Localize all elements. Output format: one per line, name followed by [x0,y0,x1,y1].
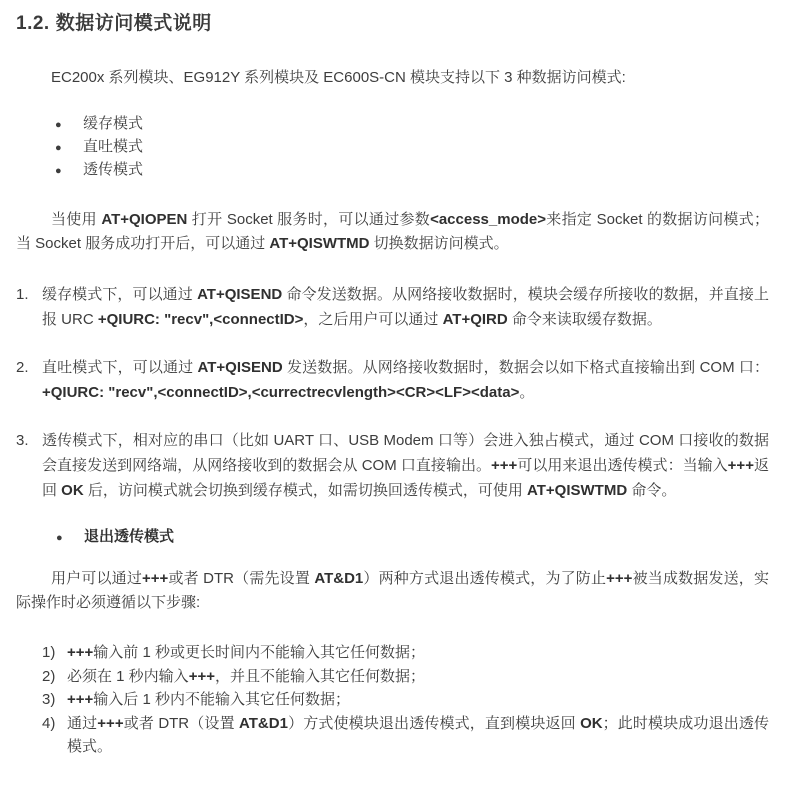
step-text: 通过+++或者 DTR（设置 AT&D1）方式使模块退出透传模式，直到模块返回 … [67,712,769,759]
step-text: +++输入后 1 秒内不能输入其它任何数据； [67,688,769,712]
numbered-item-buffer: 1. 缓存模式下，可以通过 AT+QISEND 命令发送数据。从网络接收数据时，… [16,282,769,332]
intro-paragraph: EC200x 系列模块、EG912Y 系列模块及 EC600S-CN 模块支持以… [16,66,769,90]
item-text: 缓存模式下，可以通过 AT+QISEND 命令发送数据。从网络接收数据时，模块会… [42,282,769,332]
bullet-dot-icon: ● [56,532,84,544]
list-item-buffer-mode: ●缓存模式 [55,113,769,136]
numbered-item-direct-push: 2. 直吐模式下，可以通过 AT+QISEND 发送数据。从网络接收数据时，数据… [16,355,769,405]
exit-heading-label: 退出透传模式 [84,525,174,546]
item-text: 透传模式下，相对应的串口（比如 UART 口、USB Modem 口等）会进入独… [42,428,769,503]
item-number: 3. [16,428,42,503]
exit-paragraph: 用户可以通过+++或者 DTR（需先设置 AT&D1）两种方式退出透传模式，为了… [16,567,769,615]
bullet-dot-icon: ● [55,137,83,159]
document-page: 1.2.数据访问模式说明 EC200x 系列模块、EG912Y 系列模块及 EC… [0,0,787,788]
bullet-dot-icon: ● [55,160,83,182]
list-item-label: 缓存模式 [83,113,143,135]
section-number: 1.2. [16,13,50,34]
bullet-dot-icon: ● [55,114,83,136]
list-item-transparent-mode: ●透传模式 [55,159,769,182]
step-text: +++输入前 1 秒或更长时间内不能输入其它任何数据； [67,641,769,665]
numbered-item-transparent: 3. 透传模式下，相对应的串口（比如 UART 口、USB Modem 口等）会… [16,428,769,503]
mode-description-list: 1. 缓存模式下，可以通过 AT+QISEND 命令发送数据。从网络接收数据时，… [16,282,769,503]
qiopen-paragraph: 当使用 AT+QIOPEN 打开 Socket 服务时，可以通过参数<acces… [16,208,769,256]
item-number: 2. [16,355,42,405]
step-number: 3) [42,688,67,712]
step-text: 必须在 1 秒内输入+++，并且不能输入其它任何数据； [67,665,769,689]
step-item-1: 1) +++输入前 1 秒或更长时间内不能输入其它任何数据； [42,641,769,665]
step-number: 2) [42,665,67,689]
step-item-2: 2) 必须在 1 秒内输入+++，并且不能输入其它任何数据； [42,665,769,689]
list-item-direct-push-mode: ●直吐模式 [55,136,769,159]
item-number: 1. [16,282,42,332]
exit-steps-list: 1) +++输入前 1 秒或更长时间内不能输入其它任何数据； 2) 必须在 1 … [42,641,769,759]
list-item-label: 透传模式 [83,159,143,181]
step-number: 4) [42,712,67,759]
list-item-label: 直吐模式 [83,136,143,158]
item-text: 直吐模式下，可以通过 AT+QISEND 发送数据。从网络接收数据时，数据会以如… [42,355,769,405]
section-title: 数据访问模式说明 [56,13,212,34]
mode-list: ●缓存模式 ●直吐模式 ●透传模式 [16,113,769,182]
step-item-4: 4) 通过+++或者 DTR（设置 AT&D1）方式使模块退出透传模式，直到模块… [42,712,769,759]
section-heading: 1.2.数据访问模式说明 [16,8,769,35]
exit-transparent-mode-heading: ●退出透传模式 [56,525,769,546]
step-number: 1) [42,641,67,665]
step-item-3: 3) +++输入后 1 秒内不能输入其它任何数据； [42,688,769,712]
